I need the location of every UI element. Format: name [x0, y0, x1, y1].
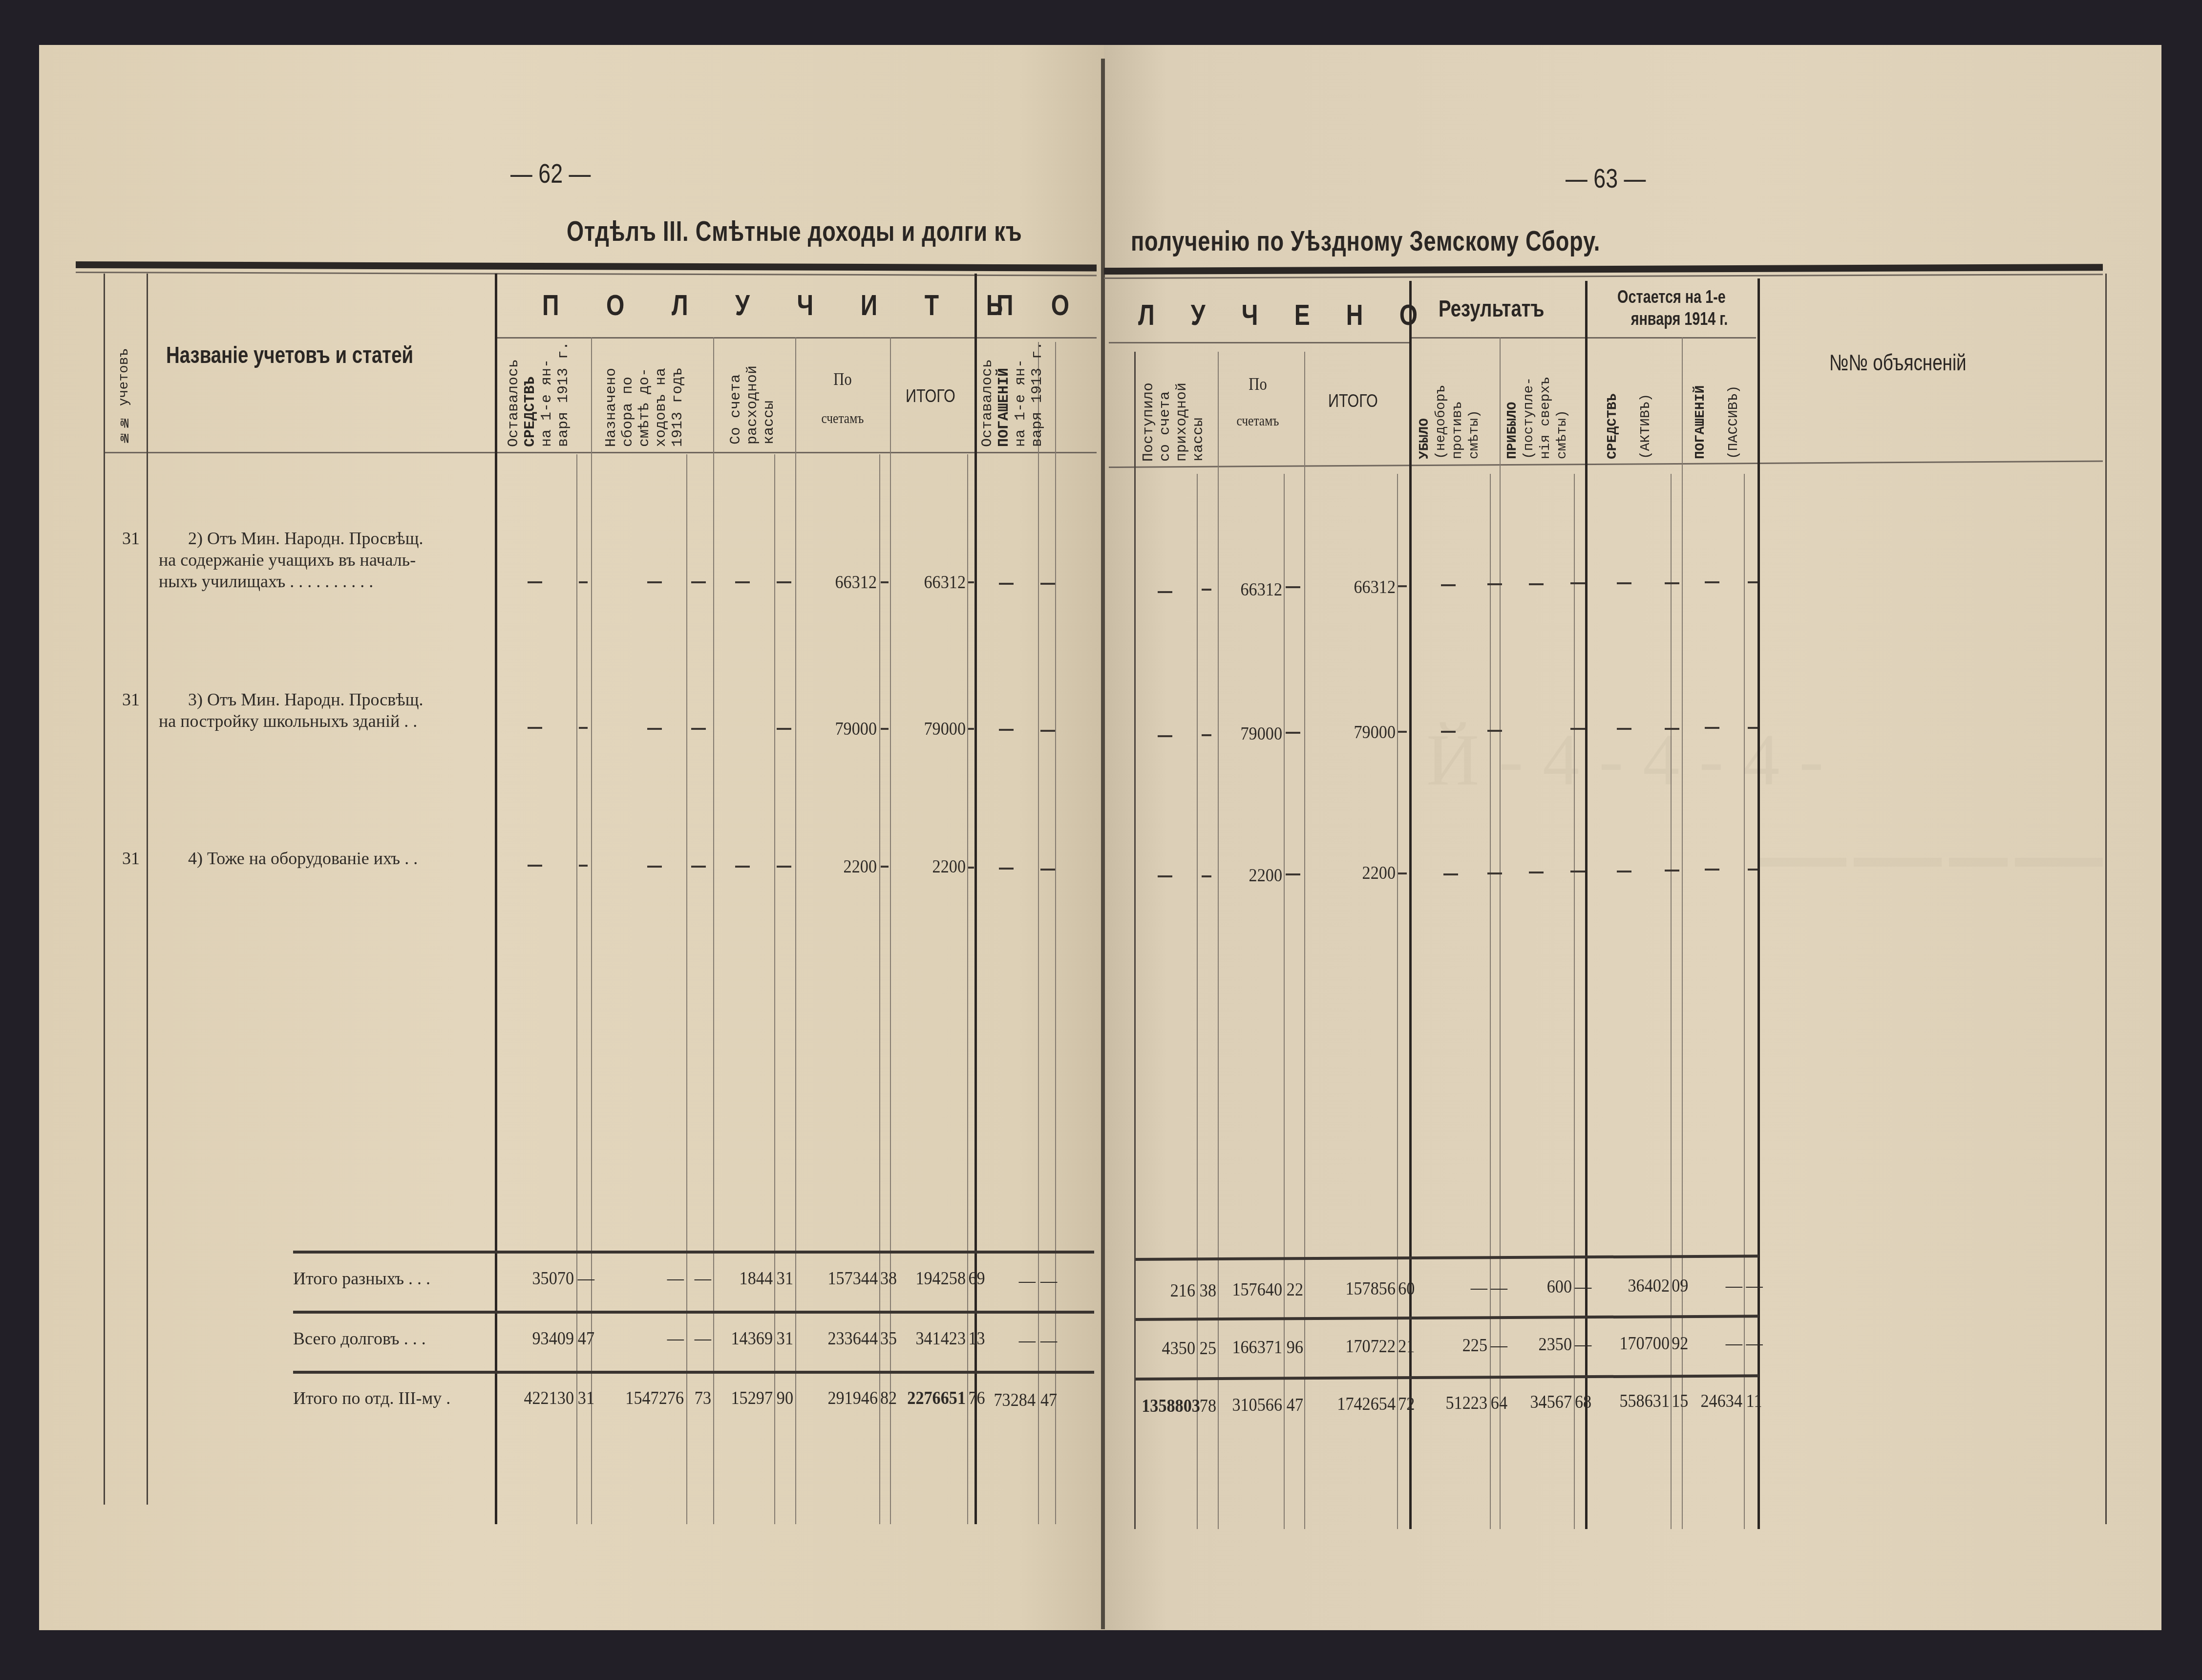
row-3-by-accounts-cents: [881, 866, 889, 868]
row-2-liabilities: [1705, 727, 1719, 729]
row-2-remaining-repayments-cents: [1040, 730, 1055, 732]
row-3-assigned-cents: [691, 866, 706, 868]
row-1-gain: [1529, 583, 1544, 585]
row-3-total: 2200: [899, 856, 966, 877]
header-remaining-funds: Оставалось СРЕДСТВЪ на 1-е ян- варя 1913…: [506, 344, 574, 447]
t1-received-total-cents: 60: [1398, 1278, 1408, 1299]
header-received-income: Поступило со счета приходной кассы: [1141, 359, 1209, 462]
t3-total-cents: 76: [968, 1387, 974, 1409]
row-1-gain-cents: [1570, 582, 1585, 584]
row-3-liabilities: [1705, 869, 1719, 871]
row-1-by-accounts: 66312: [805, 572, 877, 593]
row-2-assigned: [647, 728, 662, 730]
header-assigned: Назначено сбора по смѣтѣ до- ходовъ на 1…: [603, 344, 681, 447]
header-group-remains-1: Остается на 1-е: [1593, 286, 1750, 308]
row-2-assigned-cents: [691, 728, 706, 730]
row-1-assigned: [647, 581, 662, 583]
t3-from-expense-cents: 90: [777, 1387, 793, 1409]
t3-received-income: 1358803: [1142, 1395, 1195, 1417]
row-3-assets: [1617, 871, 1631, 872]
t2-assigned-cents: —: [690, 1328, 711, 1349]
row-1-assets-cents: [1665, 582, 1679, 584]
row-3-received-by-accounts-cents: [1286, 873, 1300, 875]
row-1-from-expense-cents: [777, 581, 791, 583]
row-3-remaining-repayments-cents: [1040, 869, 1055, 871]
t1-liabilities: —: [1690, 1275, 1742, 1297]
cents-divider: [1038, 342, 1039, 1524]
row-1-total: 66312: [899, 572, 966, 593]
row-3-assets-cents: [1665, 870, 1679, 872]
t2-assets-cents: 92: [1672, 1333, 1681, 1354]
t1-gain: 600: [1508, 1276, 1572, 1297]
header-gain: ПРИБЫЛО (поступле- нія сверхъ смѣты): [1504, 347, 1573, 459]
section-title-left: Отдѣлъ III. Смѣтные доходы и долги къ: [567, 215, 1022, 248]
header-name: Названіе учетовъ и статей: [166, 342, 413, 369]
row-2-received-by-accounts: 79000: [1225, 723, 1282, 744]
t2-by-accounts: 233644: [805, 1328, 878, 1349]
t3-liabilities: 24634: [1690, 1390, 1742, 1412]
t2-received-income: 4350: [1142, 1338, 1195, 1359]
totals-rule-2-left: [293, 1311, 1094, 1314]
col-divider: [713, 337, 714, 1524]
header-from-expense: Со счета расходной кассы: [728, 352, 777, 445]
cents-divider: [686, 454, 687, 1524]
t1-assets-cents: 09: [1672, 1275, 1681, 1297]
t2-total: 341423: [898, 1328, 966, 1349]
t1-by-accounts: 157344: [805, 1268, 878, 1289]
t2-loss: 225: [1419, 1335, 1488, 1356]
cents-divider: [967, 454, 968, 1524]
header-assets: СРЕДСТВЪ (АКТИВЪ): [1605, 347, 1658, 459]
row-3-received-income: [1158, 875, 1172, 877]
row-3-liabilities-cents: [1748, 869, 1757, 871]
t2-gain-cents: —: [1575, 1334, 1584, 1355]
totals-row-2-label: Всего долговъ . . .: [293, 1328, 426, 1349]
cents-divider: [879, 454, 880, 1524]
cents-divider: [774, 454, 775, 1524]
page-number-left: — 62 —: [510, 157, 591, 189]
row-2-by-accounts: 79000: [805, 718, 877, 740]
row-2-loss-cents: [1487, 730, 1502, 732]
row-1-liabilities: [1705, 581, 1719, 583]
t2-received-total: 170722: [1314, 1336, 1396, 1357]
t3-remaining-repayments: 73284: [983, 1389, 1036, 1411]
row-2-total-cents: [968, 728, 974, 730]
row-3-received-total: 2200: [1314, 862, 1396, 884]
row-3-from-expense-cents: [777, 866, 791, 868]
group-header-divider-result: [1409, 337, 1756, 339]
t2-assigned: —: [603, 1328, 684, 1349]
row-2-remaining-repayments: [999, 729, 1014, 731]
row-2-account-no: 31: [122, 689, 140, 710]
col-divider: [1304, 352, 1305, 1529]
col-divider: [1134, 352, 1136, 1529]
header-group-receive-1: П О Л У Ч И Т Ь: [542, 288, 1023, 322]
t2-assets: 170700: [1596, 1333, 1670, 1354]
t1-received-income: 216: [1142, 1280, 1195, 1301]
row-2-received-income: [1158, 735, 1172, 737]
t3-loss-cents: 64: [1491, 1392, 1499, 1414]
t1-total: 194258: [898, 1268, 966, 1289]
row-1-from-expense: [735, 581, 750, 583]
t2-received-by-accounts: 166371: [1225, 1337, 1282, 1358]
totals-rule-1-left: [293, 1251, 1094, 1254]
row-2-loss: [1441, 731, 1456, 733]
row-2-name-line-2: на постройку школьныхъ зданій . .: [159, 710, 417, 732]
row-2-assets: [1617, 728, 1631, 730]
row-3-gain: [1529, 872, 1544, 873]
row-2-from-expense-cents: [777, 728, 791, 730]
row-3-remaining-funds: [528, 865, 542, 867]
t2-gain: 2350: [1508, 1334, 1572, 1355]
table-border-right: [2105, 274, 2107, 1524]
row-3-received-income-cents: [1202, 875, 1211, 877]
row-1-received-by-accounts-cents: [1286, 586, 1300, 588]
t1-from-expense-cents: 31: [777, 1268, 793, 1289]
header-group-receive-2: П О: [996, 288, 1085, 322]
t1-remaining-repayments-cents: —: [1040, 1270, 1054, 1292]
row-1-by-accounts-cents: [881, 581, 889, 583]
t3-by-accounts-cents: 82: [880, 1387, 889, 1409]
t3-received-total-cents: 72: [1398, 1393, 1408, 1415]
row-1-remaining-repayments-cents: [1040, 583, 1055, 585]
cents-divider: [576, 454, 577, 1524]
t1-liabilities-cents: —: [1746, 1275, 1757, 1297]
t1-remaining-funds: 35070: [506, 1268, 574, 1289]
t2-total-cents: 13: [968, 1328, 974, 1349]
header-group-result: Результатъ: [1439, 296, 1545, 322]
row-3-gain-cents: [1570, 871, 1585, 872]
t1-assets: 36402: [1596, 1275, 1670, 1297]
row-1-received-total-cents: [1398, 585, 1407, 587]
row-2-received-total-cents: [1398, 731, 1407, 733]
header-group-received: Л У Ч Е Н О: [1138, 298, 1432, 332]
totals-rule-3-left: [293, 1371, 1094, 1374]
header-remaining-repayments: Оставалось ПОГАШЕНІЙ на 1-е ян- варя 191…: [979, 344, 1048, 447]
row-1-liabilities-cents: [1748, 581, 1757, 583]
row-1-name-line-3: ныхъ училищахъ . . . . . . . . . .: [159, 571, 373, 592]
header-total: ИТОГО: [899, 386, 962, 406]
row-2-gain-cents: [1570, 728, 1585, 730]
t2-remaining-funds: 93409: [506, 1328, 574, 1349]
t2-from-expense-cents: 31: [777, 1328, 793, 1349]
row-2-remaining-funds: [528, 727, 542, 729]
t1-remaining-funds-cents: —: [578, 1268, 590, 1289]
t3-assigned: 1547276: [603, 1387, 684, 1409]
row-3-received-by-accounts: 2200: [1225, 865, 1282, 886]
header-loss: УБЫЛО (недоборъ противъ смѣты): [1417, 347, 1490, 459]
row-1-name-line-1: 2) Отъ Мин. Народн. Просвѣщ.: [188, 528, 423, 549]
row-1-assets: [1617, 582, 1631, 584]
cents-divider: [1744, 474, 1745, 1529]
t2-received-income-cents: 25: [1200, 1338, 1216, 1359]
row-3-loss: [1443, 873, 1458, 875]
header-received-by-accounts-bottom: счетамъ: [1227, 413, 1289, 429]
t1-from-expense: 1844: [720, 1268, 773, 1289]
t1-received-by-accounts: 157640: [1225, 1279, 1282, 1300]
t1-received-by-accounts-cents: 22: [1287, 1279, 1303, 1300]
col-divider: [1218, 352, 1219, 1529]
cents-divider: [1197, 474, 1198, 1529]
row-1-remaining-repayments: [999, 583, 1014, 585]
group-header-divider-right: [1109, 342, 1412, 343]
section-title-right: полученію по Уѣздному Земскому Сбору.: [1131, 225, 1600, 257]
col-divider-name: [495, 274, 497, 1524]
row-1-received-total: 66312: [1314, 576, 1396, 598]
t3-by-accounts: 291946: [805, 1387, 878, 1409]
book-spine: [1101, 59, 1105, 1629]
row-1-received-by-accounts: 66312: [1225, 579, 1282, 600]
row-1-remaining-funds: [528, 581, 542, 583]
totals-row-1-label: Итого разныхъ . . .: [293, 1268, 430, 1289]
row-1-loss: [1441, 584, 1456, 586]
row-1-assigned-cents: [691, 581, 706, 583]
t3-remaining-funds: 422130: [506, 1387, 574, 1409]
row-3-by-accounts: 2200: [805, 856, 877, 877]
t2-remaining-repayments-cents: —: [1040, 1330, 1054, 1351]
t2-by-accounts-cents: 35: [880, 1328, 889, 1349]
header-by-accounts-bottom: счетамъ: [807, 410, 878, 427]
t1-assigned-cents: —: [690, 1268, 711, 1289]
t3-received-by-accounts: 310566: [1225, 1394, 1282, 1416]
t1-received-income-cents: 38: [1200, 1280, 1216, 1301]
row-3-received-total-cents: [1398, 872, 1407, 874]
t2-received-total-cents: 21: [1398, 1336, 1408, 1357]
row-3-account-no: 31: [122, 848, 140, 869]
row-2-name-line-1: 3) Отъ Мин. Народн. Просвѣщ.: [188, 689, 423, 710]
header-received-total: ИТОГО: [1320, 391, 1386, 411]
header-received-by-accounts-top: По: [1235, 374, 1281, 394]
t2-remaining-repayments: —: [983, 1330, 1036, 1351]
row-3-name-line-1: 4) Тоже на оборудованіе ихъ . .: [188, 848, 418, 869]
row-1-name-line-2: на содержаніе учащихъ въ началь-: [159, 549, 416, 571]
page-number-right: — 63 —: [1566, 162, 1646, 194]
header-liabilities: ПОГАШЕНІЙ (ПАССИВЪ): [1693, 342, 1746, 459]
t3-remaining-repayments-cents: 47: [1040, 1389, 1054, 1411]
t1-received-total: 157856: [1314, 1278, 1396, 1299]
t1-total-cents: 69: [968, 1268, 974, 1289]
t3-loss: 51223: [1419, 1392, 1488, 1414]
row-3-assigned: [647, 866, 662, 868]
row-3-remaining-repayments: [999, 868, 1014, 870]
row-3-remaining-funds-cents: [579, 865, 588, 867]
t3-gain: 34567: [1508, 1391, 1572, 1413]
header-account-no: №№ учетовъ: [116, 318, 133, 445]
header-bottom-rule-left: [105, 452, 1097, 453]
bleed-through-text: ▬▬▬ ▬▬▬ ▬▬ ▬▬▬: [1758, 840, 2103, 874]
row-3-total-cents: [968, 867, 974, 869]
t3-from-expense: 15297: [720, 1387, 773, 1409]
cents-divider: [1574, 474, 1575, 1529]
row-1-remaining-funds-cents: [579, 581, 588, 583]
row-1-account-no: 31: [122, 528, 140, 549]
col-divider: [795, 337, 796, 1524]
row-2-by-accounts-cents: [881, 728, 889, 730]
row-1-received-income: [1158, 591, 1172, 593]
table-border-left: [104, 274, 105, 1505]
t2-remaining-funds-cents: 47: [578, 1328, 590, 1349]
row-2-total: 79000: [899, 718, 966, 740]
t1-gain-cents: —: [1575, 1276, 1584, 1297]
row-3-loss-cents: [1487, 872, 1502, 874]
t3-assigned-cents: 73: [690, 1387, 711, 1409]
row-2-received-total: 79000: [1314, 722, 1396, 743]
t3-gain-cents: 68: [1575, 1391, 1584, 1413]
t3-assets: 558631: [1596, 1390, 1670, 1412]
header-explanations: №№ объясненій: [1829, 349, 1967, 376]
t3-liabilities-cents: 11: [1746, 1390, 1757, 1412]
t3-received-total: 1742654: [1314, 1393, 1396, 1415]
row-3-from-expense: [735, 866, 750, 868]
t3-received-by-accounts-cents: 47: [1287, 1394, 1303, 1416]
t3-total: 2276651: [898, 1387, 966, 1409]
row-2-received-income-cents: [1202, 734, 1211, 736]
row-1-total-cents: [968, 581, 974, 583]
row-2-assets-cents: [1665, 728, 1679, 730]
cents-divider: [1490, 474, 1491, 1529]
t1-by-accounts-cents: 38: [880, 1268, 889, 1289]
t1-loss: —: [1419, 1277, 1488, 1298]
t2-received-by-accounts-cents: 96: [1287, 1337, 1303, 1358]
row-2-remaining-funds-cents: [579, 727, 588, 729]
t2-liabilities-cents: —: [1746, 1333, 1757, 1354]
cents-divider: [1284, 474, 1285, 1529]
col-divider-account: [147, 274, 148, 1505]
t3-remaining-funds-cents: 31: [578, 1387, 590, 1409]
header-group-remains-2: января 1914 г.: [1601, 308, 1757, 330]
header-by-accounts-top: По: [816, 369, 870, 389]
cents-divider: [1397, 474, 1398, 1529]
t3-assets-cents: 15: [1672, 1390, 1681, 1412]
row-1-received-income-cents: [1202, 589, 1211, 591]
t1-loss-cents: —: [1491, 1277, 1499, 1298]
t2-from-expense: 14369: [720, 1328, 773, 1349]
cents-divider: [1671, 474, 1672, 1529]
row-2-received-by-accounts-cents: [1286, 732, 1300, 734]
t2-loss-cents: —: [1491, 1335, 1499, 1356]
t1-remaining-repayments: —: [983, 1270, 1036, 1292]
t3-received-income-cents: 78: [1200, 1395, 1216, 1417]
row-2-liabilities-cents: [1748, 727, 1757, 729]
group-header-divider-left: [496, 337, 1097, 339]
t1-assigned: —: [603, 1268, 684, 1289]
row-1-loss-cents: [1487, 583, 1502, 585]
totals-row-3-label: Итого по отд. III-му .: [293, 1387, 450, 1409]
t2-liabilities: —: [1690, 1333, 1742, 1354]
